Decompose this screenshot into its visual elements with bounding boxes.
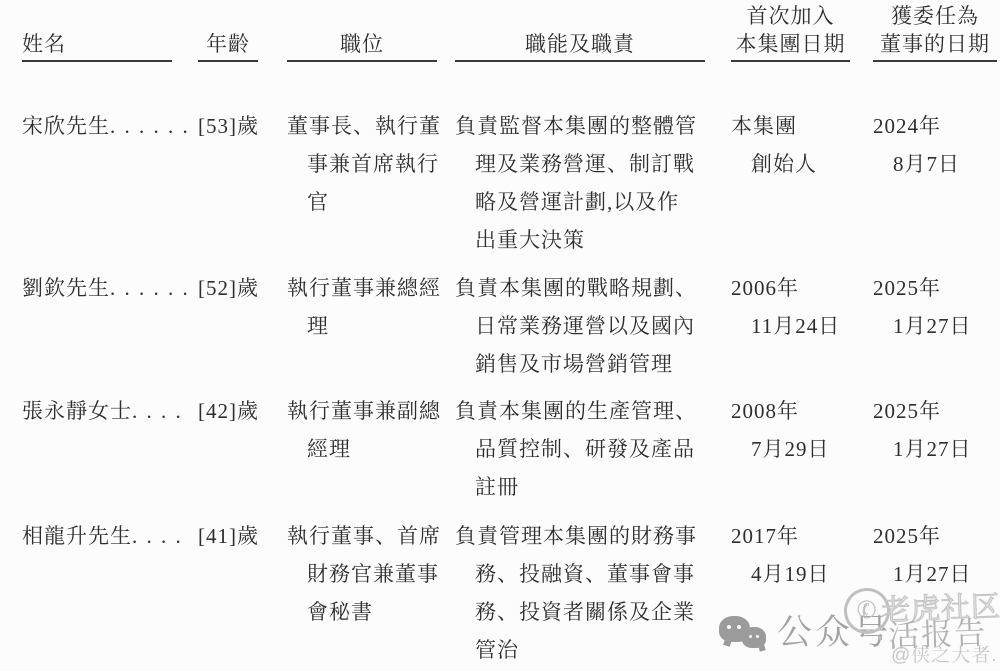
director-position: 執行董事兼副總經理 bbox=[287, 392, 441, 468]
director-name: 宋欣先生. . . . . . bbox=[22, 107, 190, 145]
director-joined-date: 2017年4月19日 bbox=[731, 517, 830, 593]
director-appointed-date: 2025年1月27日 bbox=[873, 269, 972, 345]
watermark-dot bbox=[878, 636, 882, 640]
column-header-appointed-line2: 董事的日期 bbox=[873, 30, 997, 58]
director-joined-date: 本集團創始人 bbox=[731, 107, 817, 183]
column-header-name: 姓名 bbox=[22, 30, 172, 58]
header-underline-appointed bbox=[873, 60, 997, 62]
director-name: 劉欽先生. . . . . . bbox=[22, 269, 190, 307]
column-header-joined-line1: 首次加入 bbox=[731, 2, 850, 30]
director-age: [42]歲 bbox=[198, 392, 259, 430]
director-duties: 負責本集團的生產管理、品質控制、研發及產品註冊 bbox=[455, 392, 697, 506]
director-name: 張永靜女士. . . . bbox=[22, 392, 183, 430]
column-header-duties: 職能及職責 bbox=[455, 30, 705, 58]
header-underline-joined bbox=[731, 60, 850, 62]
watermark-handle: @侠之大者. bbox=[891, 640, 998, 667]
column-header-appointed-line1: 獲委任為 bbox=[873, 2, 997, 30]
director-position: 董事長、執行董事兼首席執行官 bbox=[287, 107, 441, 221]
director-name: 相龍升先生. . . . bbox=[22, 517, 183, 555]
column-header-position: 職位 bbox=[287, 30, 437, 58]
header-underline-name bbox=[22, 60, 172, 62]
header-underline-position bbox=[287, 60, 437, 62]
dot-leader: . . . . . . bbox=[110, 114, 190, 138]
wechat-icon bbox=[719, 616, 773, 654]
column-header-age: 年齡 bbox=[198, 30, 258, 58]
director-duties: 負責管理本集團的財務事務、投融資、董事會事務、投資者關係及企業管治 bbox=[455, 517, 697, 669]
director-position: 執行董事兼總經理 bbox=[287, 269, 441, 345]
watermark: 公众号 ✆ 老虎社区 活报告 @侠之大者. bbox=[705, 583, 1000, 671]
director-appointed-date: 2025年1月27日 bbox=[873, 392, 972, 468]
director-appointed-date: 2024年8月7日 bbox=[873, 107, 960, 183]
prospectus-directors-table-page: 首次加入 獲委任為 姓名 年齡 職位 職能及職責 本集團日期 董事的日期 宋欣先… bbox=[0, 0, 1000, 671]
header-underline-age bbox=[198, 60, 258, 62]
director-position: 執行董事、首席財務官兼董事會秘書 bbox=[287, 517, 441, 631]
director-age: [53]歲 bbox=[198, 107, 259, 145]
director-joined-date: 2008年7月29日 bbox=[731, 392, 830, 468]
header-underline-duties bbox=[455, 60, 705, 62]
column-header-joined-line2: 本集團日期 bbox=[731, 30, 850, 58]
director-age: [52]歲 bbox=[198, 269, 259, 307]
director-appointed-date: 2025年1月27日 bbox=[873, 517, 972, 593]
dot-leader: . . . . . . bbox=[110, 276, 190, 300]
dot-leader: . . . . bbox=[132, 399, 183, 423]
director-age: [41]歲 bbox=[198, 517, 259, 555]
dot-leader: . . . . bbox=[132, 524, 183, 548]
director-duties: 負責監督本集團的整體管理及業務營運、制訂戰略及營運計劃,以及作出重大決策 bbox=[455, 107, 697, 259]
director-joined-date: 2006年11月24日 bbox=[731, 269, 840, 345]
director-duties: 負責本集團的戰略規劃、日常業務運營以及國內銷售及市場營銷管理 bbox=[455, 269, 697, 383]
